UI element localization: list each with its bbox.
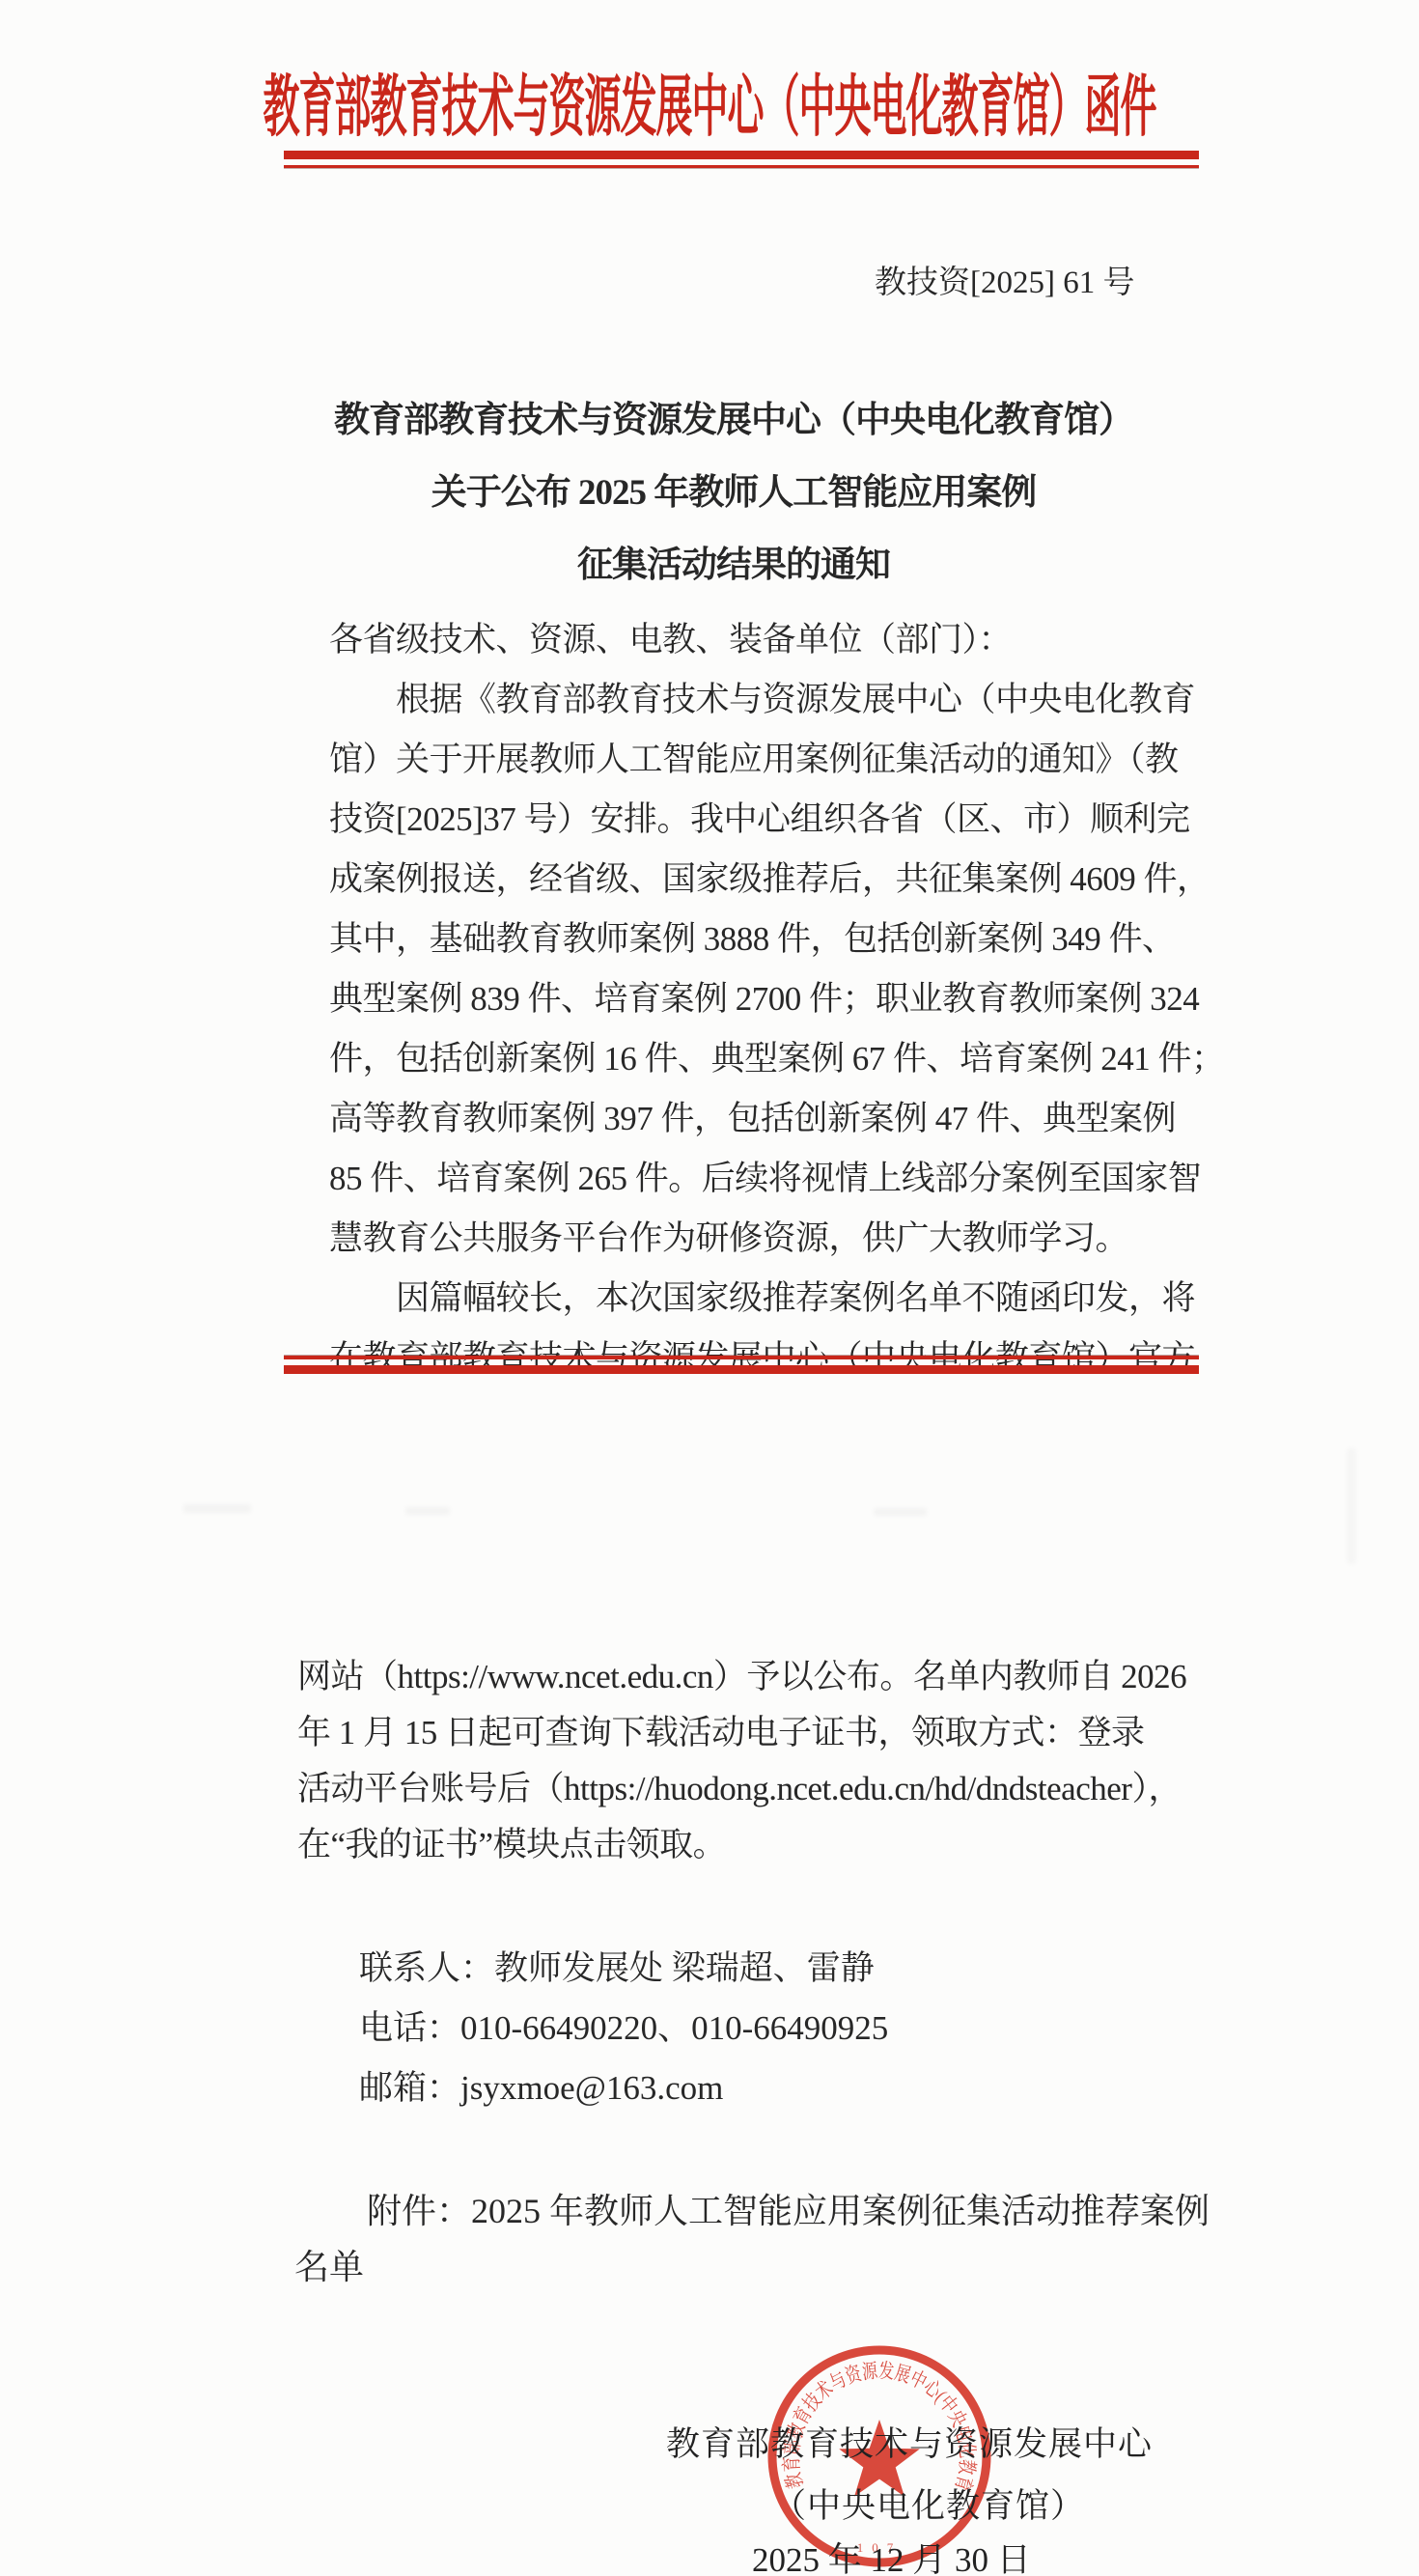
letterhead-rule-thick (284, 151, 1199, 159)
body-line: 高等教育教师案例 397 件，包括创新案例 47 件、典型案例 (329, 1089, 1225, 1149)
notice-title-line-2: 关于公布 2025 年教师人工智能应用案例 (53, 457, 1414, 529)
body-line: 慧教育公共服务平台作为研修资源，供广大教师学习。 (329, 1209, 1225, 1269)
signature-org-line-1: 教育部教育技术与资源发展中心 (666, 2418, 1153, 2466)
body-line: 网站（https://www.ncet.edu.cn）予以公布。名单内教师自 2… (297, 1649, 1186, 1705)
signature-org-line-2: （中央电化教育馆） (772, 2479, 1085, 2528)
body-line: 件，包括创新案例 16 件、典型案例 67 件、培育案例 241 件； (329, 1029, 1225, 1089)
notice-title: 教育部教育技术与资源发展中心（中央电化教育馆） 关于公布 2025 年教师人工智… (53, 384, 1414, 602)
document-page: 教育部教育技术与资源发展中心（中央电化教育馆）函件 教技资[2025] 61 号… (0, 0, 1419, 2576)
notice-title-line-1: 教育部教育技术与资源发展中心（中央电化教育馆） (53, 384, 1414, 457)
scan-artifact (183, 1504, 251, 1513)
salutation-line: 各省级技术、资源、电教、装备单位（部门）： (329, 610, 1225, 670)
signature-date: 2025 年 12 月 30 日 (752, 2534, 1031, 2576)
scan-artifact (1347, 1448, 1356, 1564)
body-line: 根据《教育部教育技术与资源发展中心（中央电化教育 (329, 670, 1225, 730)
letterhead-title: 教育部教育技术与资源发展中心（中央电化教育馆）函件 (0, 52, 1419, 149)
body-line: 技资[2025]37 号）安排。我中心组织各省（区、市）顺利完 (329, 790, 1225, 850)
page-divider-rule-thick (284, 1365, 1199, 1374)
body-line: 85 件、培育案例 265 件。后续将视情上线部分案例至国家智 (329, 1149, 1225, 1209)
body-line: 成案例报送，经省级、国家级推荐后，共征集案例 4609 件， (329, 850, 1225, 910)
scan-artifact (874, 1508, 927, 1516)
letterhead-rule-thin (284, 165, 1199, 168)
body-line: 典型案例 839 件、培育案例 2700 件；职业教育教师案例 324 (329, 969, 1225, 1029)
attachment-line-1: 附件：2025 年教师人工智能应用案例征集活动推荐案例 (367, 2184, 1210, 2233)
scan-artifact (405, 1507, 450, 1515)
body-page-2: 网站（https://www.ncet.edu.cn）予以公布。名单内教师自 2… (297, 1649, 1186, 1873)
body-line: 因篇幅较长，本次国家级推荐案例名单不随函印发，将 (329, 1269, 1225, 1329)
body-line: 馆）关于开展教师人工智能应用案例征集活动的通知》（教 (329, 730, 1225, 790)
body-line: 在“我的证书”模块点击领取。 (297, 1817, 1186, 1873)
notice-title-line-3: 征集活动结果的通知 (53, 529, 1414, 602)
body-line: 活动平台账号后（https://huodong.ncet.edu.cn/hd/d… (297, 1761, 1186, 1817)
body-page-1: 各省级技术、资源、电教、装备单位（部门）： 根据《教育部教育技术与资源发展中心（… (329, 610, 1225, 1388)
contact-person-line: 联系人：教师发展处 梁瑞超、雷静 (359, 1939, 888, 1999)
body-line: 年 1 月 15 日起可查询下载活动电子证书，领取方式：登录 (297, 1705, 1186, 1761)
contact-block: 联系人：教师发展处 梁瑞超、雷静 电话：010-66490220、010-664… (359, 1939, 888, 2118)
doc-number: 教技资[2025] 61 号 (875, 257, 1134, 302)
page-divider-rule-thin (284, 1356, 1199, 1359)
body-line: 其中，基础教育教师案例 3888 件，包括创新案例 349 件、 (329, 910, 1225, 969)
contact-phone-line: 电话：010-66490220、010-66490925 (359, 1999, 888, 2058)
contact-email-line: 邮箱：jsyxmoe@163.com (359, 2058, 888, 2118)
attachment-line-2: 名单 (294, 2240, 364, 2289)
